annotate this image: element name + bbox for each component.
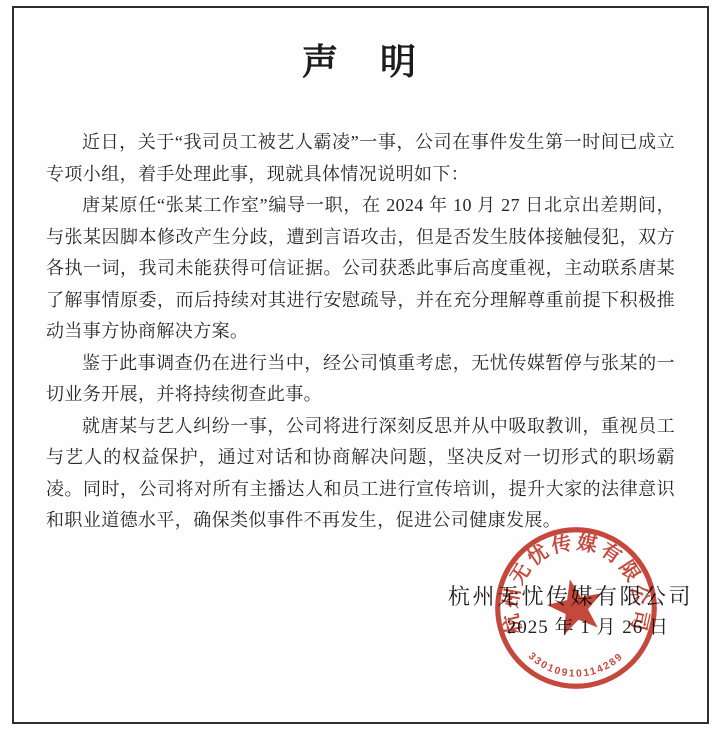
page-title: 声 明 <box>14 34 707 85</box>
statement-body: 近日，关于“我司员工被艺人霸凌”一事，公司在事件发生第一时间已成立专项小组，着手… <box>46 127 675 537</box>
seal-star-icon <box>543 574 608 637</box>
paragraph-suspension: 鉴于此事调查仍在进行当中，经公司慎重考虑，无忧传媒暂停与张某的一切业务开展，并将… <box>46 348 675 411</box>
paragraph-incident: 唐某原任“张某工作室”编导一职，在 2024 年 10 月 27 日北京出差期间… <box>46 190 675 348</box>
scanned-statement-image: 声 明 近日，关于“我司员工被艺人霸凌”一事，公司在事件发生第一时间已成立专项小… <box>0 0 720 733</box>
company-seal: 杭州无忧传媒有限公司 33010910114289 <box>490 522 662 694</box>
paragraph-commitment: 就唐某与艺人纠纷一事，公司将进行深刻反思并从中吸取教训，重视员工与艺人的权益保护… <box>46 411 675 537</box>
paragraph-intro: 近日，关于“我司员工被艺人霸凌”一事，公司在事件发生第一时间已成立专项小组，着手… <box>46 127 675 190</box>
statement-page: 声 明 近日，关于“我司员工被艺人霸凌”一事，公司在事件发生第一时间已成立专项小… <box>12 6 709 724</box>
